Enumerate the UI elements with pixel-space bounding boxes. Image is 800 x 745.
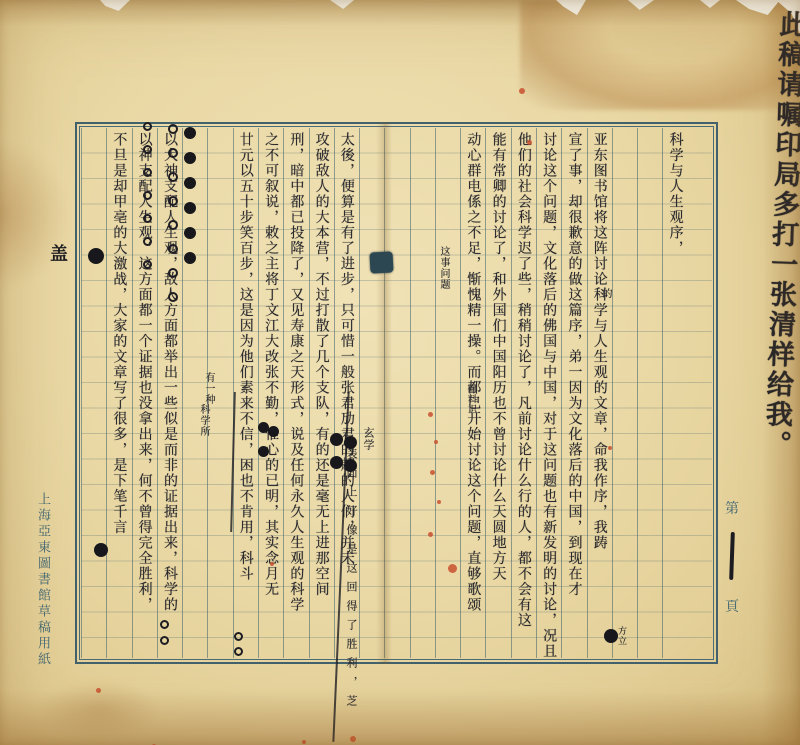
deletion-circle: [184, 227, 196, 239]
handwritten-column-text: 亚东图书馆将这阵讨论科学与人生观的文章，命我作序，我踌: [593, 132, 607, 551]
red-proof-mark: [350, 736, 356, 742]
manuscript-column: 廿元以五十步笑百步，这是因为他们素来不信，困也不肯用，科斗: [233, 128, 258, 658]
red-proof-mark: [302, 740, 306, 744]
manuscript-column: [359, 128, 384, 658]
interlinear-note: 有一种: [203, 372, 213, 405]
manuscript-column: 宣了事，却很歉意的做这篇序，弟一因为文化落后的中国，到现在才: [561, 128, 586, 658]
emphasis-circle: [168, 172, 178, 182]
manuscript-column: 刑，暗中都已投降了，又见寿康之天形式，说及任何永久人生观的科学: [283, 128, 308, 658]
manuscript-column: [410, 128, 435, 658]
deletion-circle: [184, 127, 196, 139]
handwritten-column-text: 科学与人生观序，: [669, 132, 683, 256]
manuscript-column: 以神支配人生观，这方面都一个证据也没拿出来，何不曾得完全胜利，: [132, 128, 157, 658]
emphasis-circle: [143, 191, 152, 200]
handwritten-column-text: 之不可叙说，敕之主将丁文江大改张不勤，惟心的已明，其实念月无: [264, 132, 278, 597]
handwritten-column-text: 宣了事，却很歉意的做这篇序，弟一因为文化落后的中国，到现在才: [567, 132, 581, 597]
page-number-handwritten: [729, 532, 735, 580]
manuscript-column: [637, 128, 662, 658]
interlinear-note: 附料识: [466, 384, 475, 414]
manuscript-column: 攻破敌人的大本营，不过打散了几个支队，有的还是毫无上进那空间: [309, 128, 334, 658]
paper-tear: [100, 0, 130, 11]
emphasis-circle: [168, 124, 178, 134]
ink-blot-strikeout: [258, 446, 269, 457]
manuscript-column: [81, 128, 106, 658]
emphasis-circle: [168, 220, 178, 230]
manuscript-column: 他们的社会科学迟了些，稍稍讨论了，凡前讨论什么行的人，都不会有这: [511, 128, 536, 658]
red-proof-mark: [430, 470, 435, 475]
handwritten-column-text: 动心群电係之不足，惭愧精一操。而都已开始讨论这个问题，直够歌颂: [466, 132, 480, 613]
manuscript-columns: 科学与人生观序，亚东图书馆将这阵讨论科学与人生观的文章，命我作序，我踌宣了事，却…: [81, 128, 712, 658]
handwritten-column-text: 攻破敌人的大本营，不过打散了几个支队，有的还是毫无上进那空间: [315, 132, 329, 597]
red-proof-mark: [608, 446, 612, 450]
emphasis-circle: [168, 268, 178, 278]
emphasis-circle: [234, 632, 243, 641]
ink-blot-strikeout: [94, 543, 108, 557]
red-proof-mark: [96, 688, 101, 693]
ink-blot-strikeout: [88, 248, 104, 264]
page-label: 第 頁: [719, 498, 745, 616]
deletion-circle: [184, 152, 196, 164]
interlinear-note: 这事问题: [438, 246, 448, 290]
handwritten-column-text: 不旦是却甲亳的大激战，大家的文章写了很多，是下笔千言: [112, 132, 126, 535]
fold-stitch-mark: [369, 251, 393, 273]
handwritten-column-text: 刑，暗中都已投降了，又见寿康之天形式，说及任何永久人生观的科学: [289, 132, 303, 613]
emphasis-circle: [168, 148, 178, 158]
paper-tear: [330, 0, 354, 9]
manuscript-column: [612, 128, 637, 658]
interlinear-note: 玄学: [363, 427, 374, 451]
manuscript-paper: 科学与人生观序，亚东图书馆将这阵讨论科学与人生观的文章，命我作序，我踌宣了事，却…: [0, 0, 800, 745]
fold-insertion-note: 表面上好像是这回得了胜利，芝: [346, 448, 357, 714]
emphasis-circle: [143, 145, 152, 154]
ink-blot-strikeout: [604, 629, 618, 643]
emphasis-circle: [143, 214, 152, 223]
manuscript-column: 亚东图书馆将这阵讨论科学与人生观的文章，命我作序，我踌: [587, 128, 612, 658]
emphasis-circle: [143, 122, 152, 131]
handwritten-column-text: 讨论这个问题，文化落后的佛国与中国，对于这问题也有新发明的讨论，况且: [542, 132, 556, 659]
red-proof-mark: [527, 140, 532, 145]
emphasis-circle: [160, 620, 169, 629]
red-proof-mark: [437, 500, 441, 504]
ink-blot-strikeout: [330, 433, 343, 446]
paper-tear: [700, 0, 720, 8]
interlinear-note: 的: [600, 288, 610, 299]
deletion-circle: [184, 252, 196, 264]
handwritten-column-text: 以神支配人生观，这方面都一个证据也没拿出来，何不曾得完全胜利，: [138, 132, 152, 613]
stain-top-edge: [0, 0, 800, 26]
stray-character: 盖: [50, 240, 68, 266]
manuscript-column: [435, 128, 460, 658]
manuscript-column: 不旦是却甲亳的大激战，大家的文章写了很多，是下笔千言: [106, 128, 131, 658]
red-proof-mark: [434, 440, 438, 444]
paper-tear: [628, 0, 654, 10]
emphasis-circle: [143, 168, 152, 177]
interlinear-note: 科学所: [198, 404, 208, 437]
emphasis-circle: [160, 636, 169, 645]
ink-blot-strikeout: [268, 426, 279, 437]
red-proof-mark: [448, 564, 457, 573]
ink-blot-strikeout: [344, 459, 357, 472]
red-proof-mark: [270, 562, 274, 566]
red-proof-mark: [519, 88, 525, 94]
page-label-suffix: 頁: [719, 596, 745, 616]
page-label-prefix: 第: [719, 498, 745, 518]
red-proof-mark: [428, 532, 433, 537]
manuscript-column: 以大神支配人生观，敌人方面都举出一些似是而非的证据出来，科学的: [157, 128, 182, 658]
emphasis-circle: [168, 244, 178, 254]
emphasis-circle: [234, 647, 243, 656]
paper-tear: [736, 0, 780, 15]
margin-inscription: 此稿请嘱印局多打一张清样给我。: [761, 10, 800, 471]
manuscript-column: [384, 128, 409, 658]
red-proof-mark: [428, 412, 433, 417]
manuscript-column: [688, 128, 712, 658]
stain-left-edge: [0, 140, 70, 290]
emphasis-circle: [168, 196, 178, 206]
title-column: 科学与人生观序，: [662, 128, 687, 658]
emphasis-circle: [168, 292, 178, 302]
emphasis-circle: [143, 260, 152, 269]
manuscript-column: 之不可叙说，敕之主将丁文江大改张不勤，惟心的已明，其实念月无: [258, 128, 283, 658]
ink-blot-strikeout: [330, 456, 343, 469]
handwritten-column-text: 他们的社会科学迟了些，稍稍讨论了，凡前讨论什么行的人，都不会有这: [517, 132, 531, 628]
paper-brand: 上海亞東圖書館草稿用紙: [36, 492, 49, 672]
handwritten-column-text: 廿元以五十步笑百步，这是因为他们素来不信，困也不肯用，科斗: [239, 132, 253, 582]
stain-top-right: [520, 0, 800, 110]
deletion-circle: [184, 177, 196, 189]
emphasis-circle: [143, 237, 152, 246]
deletion-circle: [184, 202, 196, 214]
paper-tear: [556, 0, 586, 15]
manuscript-column: 能有常卿的讨论了，和外国们中国阳历也不曾讨论什么天圆地方天: [485, 128, 510, 658]
stain-bottom-edge: [0, 690, 800, 745]
manuscript-column: 讨论这个问题，文化落后的佛国与中国，对于这问题也有新发明的讨论，况且: [536, 128, 561, 658]
ink-blot-strikeout: [344, 436, 357, 449]
handwritten-column-text: 能有常卿的讨论了，和外国们中国阳历也不曾讨论什么天圆地方天: [492, 132, 506, 582]
